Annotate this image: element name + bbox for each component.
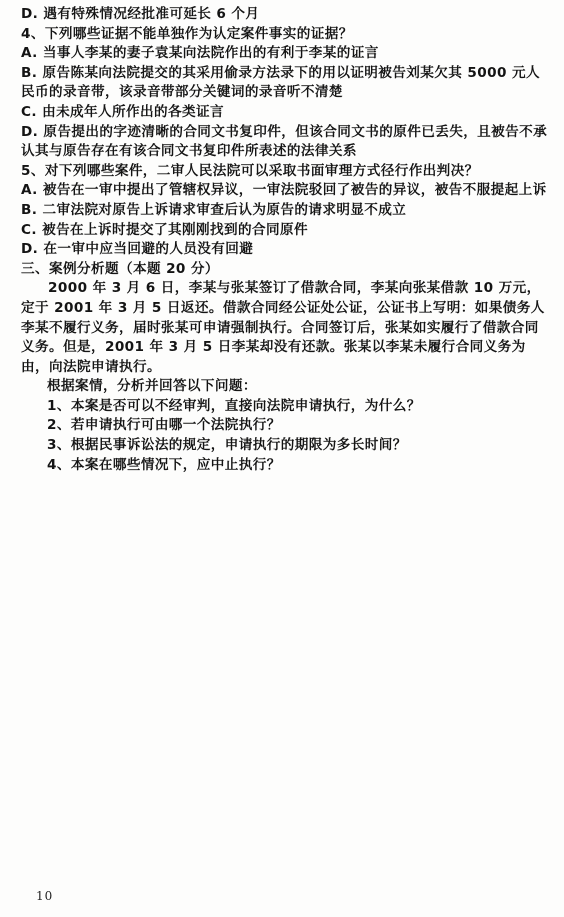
sub-question-1: 1、本案是否可以不经审判，直接向法院申请执行，为什么？ [21, 397, 548, 417]
question4-option-b: B. 原告陈某向法院提交的其采用偷录方法录下的用以证明被告刘某欠其 5000 元… [21, 64, 548, 103]
case-instruction: 根据案情，分析并回答以下问题： [21, 377, 548, 397]
scanned-exam-page: D. 遇有特殊情况经批准可延长 6 个月 4、下列哪些证据不能单独作为认定案件事… [0, 0, 564, 917]
exam-text-block: D. 遇有特殊情况经批准可延长 6 个月 4、下列哪些证据不能单独作为认定案件事… [21, 5, 548, 475]
page-number: 10 [36, 889, 53, 903]
question4-stem: 4、下列哪些证据不能单独作为认定案件事实的证据？ [21, 25, 548, 45]
sub-question-4: 4、本案在哪些情况下，应中止执行？ [21, 456, 548, 476]
question4-option-a: A. 当事人李某的妻子袁某向法院作出的有利于李某的证言 [21, 44, 548, 64]
section3-heading: 三、案例分析题（本题 20 分） [21, 260, 548, 280]
question4-option-c: C. 由未成年人所作出的各类证言 [21, 103, 548, 123]
question3-option-d: D. 遇有特殊情况经批准可延长 6 个月 [21, 5, 548, 25]
question5-stem: 5、对下列哪些案件，二审人民法院可以采取书面审理方式径行作出判决？ [21, 162, 548, 182]
question5-option-b: B. 二审法院对原告上诉请求审查后认为原告的请求明显不成立 [21, 201, 548, 221]
question4-option-d: D. 原告提出的字迹清晰的合同文书复印件，但该合同文书的原件已丢失，且被告不承认… [21, 123, 548, 162]
case-paragraph: 2000 年 3 月 6 日，李某与张某签订了借款合同，李某向张某借款 10 万… [21, 279, 548, 377]
sub-question-2: 2、若申请执行可由哪一个法院执行？ [21, 416, 548, 436]
sub-question-3: 3、根据民事诉讼法的规定，申请执行的期限为多长时间？ [21, 436, 548, 456]
question5-option-a: A. 被告在一审中提出了管辖权异议，一审法院驳回了被告的异议，被告不服提起上诉 [21, 181, 548, 201]
question5-option-c: C. 被告在上诉时提交了其刚刚找到的合同原件 [21, 221, 548, 241]
question5-option-d: D. 在一审中应当回避的人员没有回避 [21, 240, 548, 260]
